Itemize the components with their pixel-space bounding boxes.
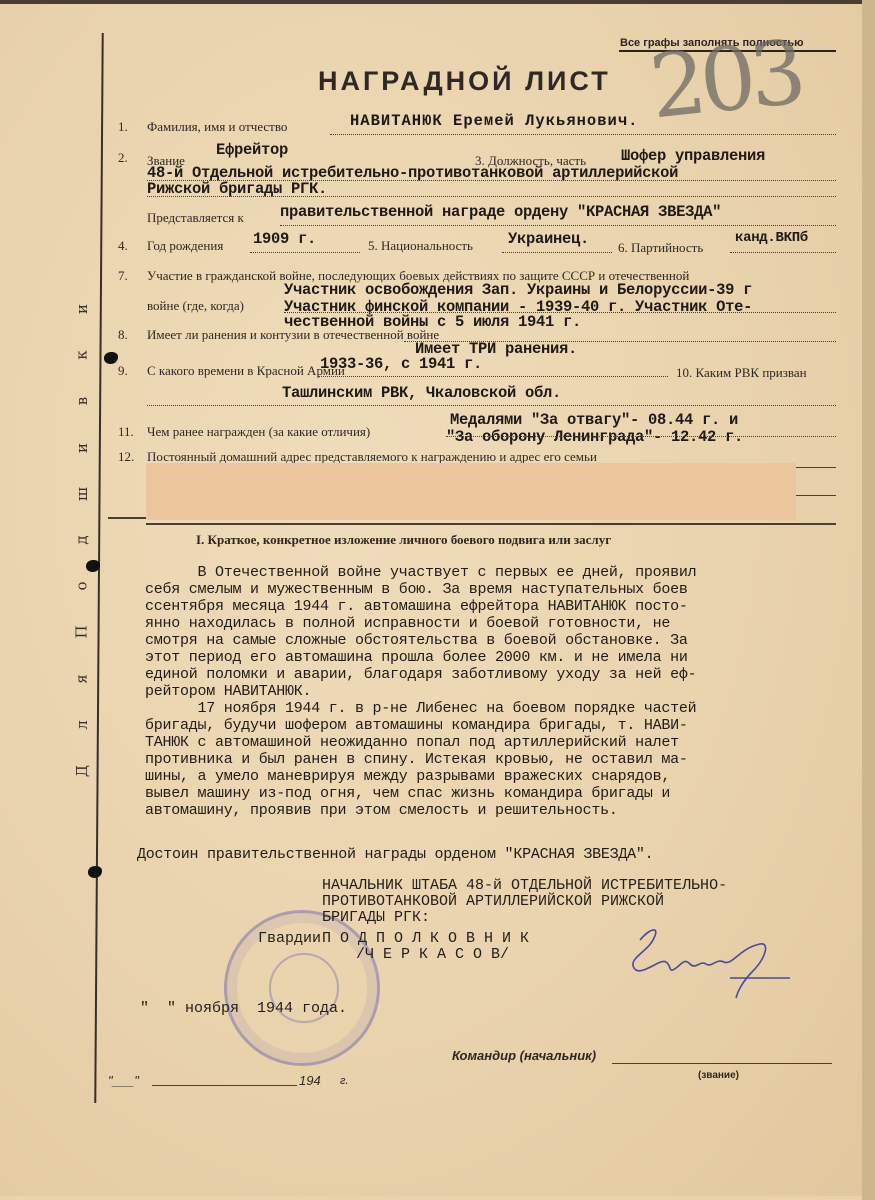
narrative-line: В Отечественной войне участвует с первых… — [145, 564, 696, 581]
field-6-line — [730, 252, 836, 253]
margin-letter: в — [73, 397, 91, 405]
field-2-number: 2. — [118, 150, 128, 166]
field-1-value: НАВИТАНЮК Еремей Лукьянович. — [350, 112, 638, 130]
presented-line — [280, 225, 836, 226]
field-5-line — [502, 252, 612, 253]
field-6-value: канд.ВКПб — [735, 230, 808, 246]
narrative-line: янно находилась в полной исправности и б… — [145, 615, 696, 632]
position-line: НАЧАЛЬНИК ШТАБА 48-й ОТДЕЛЬНОЙ ИСТРЕБИТЕ… — [322, 878, 727, 894]
field-4-value: 1909 г. — [253, 230, 316, 248]
date-template-line — [152, 1085, 297, 1086]
narrative-text: В Отечественной войне участвует с первых… — [145, 564, 696, 819]
field-9-number: 9. — [118, 363, 128, 379]
margin-letter: ш — [73, 487, 91, 501]
narrative-line: рейтором НАВИТАНЮК. — [145, 683, 696, 700]
binding-margin-label: Д л я П о д ш и в к и — [62, 300, 102, 780]
field-9-line — [318, 376, 668, 377]
narrative-line: ссентября месяца 1944 г. автомашина ефре… — [145, 598, 696, 615]
divider — [108, 517, 146, 519]
field-10-value: Ташлинским РВК, Чкаловской обл. — [282, 384, 561, 402]
field-9-label: С какого времени в Красной Армии — [147, 363, 345, 379]
narrative-line: автомашину, проявив при этом смелость и … — [145, 802, 696, 819]
signature-date: " " ноября 1944 года. — [140, 1001, 347, 1017]
signatory-rank-prefix: Гвардии — [258, 931, 321, 947]
narrative-line: этот период его автомашина прошла более … — [145, 649, 696, 666]
page-right-edge — [862, 0, 875, 1200]
field-8-number: 8. — [118, 327, 128, 343]
field-12-line — [796, 495, 836, 496]
field-1-label: Фамилия, имя и отчество — [147, 119, 287, 135]
field-3-line — [147, 196, 836, 197]
signatory-rank: П О Д П О Л К О В Н И К — [322, 931, 529, 947]
date-template-suffix: г. — [340, 1075, 348, 1087]
field-11-label: Чем ранее награжден (за какие отличия) — [147, 424, 370, 440]
handwritten-number: 203 — [645, 20, 805, 138]
rank-caption: (звание) — [698, 1070, 739, 1081]
field-7-value-line1: Участник освобождения Зап. Украины и Бел… — [284, 281, 752, 299]
field-5-value: Украинец. — [508, 230, 589, 248]
field-10-label: 10. Каким РВК призван — [676, 365, 807, 381]
field-7-number: 7. — [118, 268, 128, 284]
field-2-value: Ефрейтор — [216, 141, 288, 159]
margin-letter: и — [73, 443, 91, 453]
signatory-name: /Ч Е Р К А С О В/ — [356, 947, 509, 963]
field-3-value-line1: Шофер управления — [621, 147, 765, 165]
margin-letter: к — [73, 351, 91, 360]
margin-letter: л — [73, 720, 91, 730]
presented-label: Представляется к — [147, 210, 244, 226]
narrative-line: ТАНЮК с автомашиной неожиданно попал под… — [145, 734, 696, 751]
field-11-value-line1: Медалями "За отвагу"- 08.44 г. и — [450, 411, 738, 429]
margin-letter: о — [73, 582, 91, 591]
section-divider — [146, 523, 836, 525]
commander-line — [612, 1063, 832, 1064]
commander-label: Командир (начальник) — [452, 1048, 596, 1063]
field-4-number: 4. — [118, 238, 128, 254]
field-11-line — [446, 436, 836, 437]
field-9-value: 1933-36, с 1941 г. — [320, 355, 482, 373]
field-4-label: Год рождения — [147, 238, 223, 254]
margin-letter: П — [73, 626, 91, 639]
page-top-edge — [0, 0, 875, 4]
position-line: ПРОТИВОТАНКОВОЙ АРТИЛЛЕРИЙСКОЙ РИЖСКОЙ — [322, 894, 727, 910]
margin-letter: д — [73, 535, 91, 544]
field-5-label: 5. Национальность — [368, 238, 473, 254]
narrative-line: вывел машину из-под огня, чем спас жизнь… — [145, 785, 696, 802]
narrative-line: себя смелым и мужественным в бою. За вре… — [145, 581, 696, 598]
field-1-line — [330, 134, 836, 135]
date-template-quote: "___" — [108, 1073, 139, 1088]
date-template-year: 194 — [299, 1073, 321, 1088]
field-11-number: 11. — [118, 424, 134, 440]
handwritten-signature — [620, 918, 810, 1008]
page-title: НАГРАДНОЙ ЛИСТ — [318, 66, 611, 97]
recommendation-text: Достоин правительственной награды ордено… — [137, 846, 653, 863]
narrative-line: шины, а умело маневрируя между разрывами… — [145, 768, 696, 785]
field-8-label: Имеет ли ранения и контузии в отечествен… — [147, 327, 439, 343]
field-4-line — [250, 252, 360, 253]
narrative-line: смотря на самые сложные обстоятельства в… — [145, 632, 696, 649]
margin-letter: Д — [73, 765, 91, 777]
narrative-line: 17 ноября 1944 г. в р-не Либенес на боев… — [145, 700, 696, 717]
narrative-line: противника и был ранен в спину. Истекая … — [145, 751, 696, 768]
field-12-number: 12. — [118, 449, 134, 465]
presented-value: правительственной награде ордену "КРАСНА… — [280, 203, 721, 221]
field-6-label: 6. Партийность — [618, 240, 703, 256]
narrative-line: единой поломки и аварии, благодаря забот… — [145, 666, 696, 683]
margin-letter: я — [73, 674, 91, 683]
field-12-line — [796, 467, 836, 468]
section-heading: I. Краткое, конкретное изложение личного… — [196, 532, 611, 548]
field-10-line — [147, 405, 836, 406]
field-7-label-line2: войне (где, когда) — [147, 298, 244, 314]
redacted-address — [146, 463, 796, 520]
margin-letter: и — [73, 304, 91, 314]
narrative-line: бригады, будучи шофером автомашины коман… — [145, 717, 696, 734]
field-1-number: 1. — [118, 119, 128, 135]
field-11-value-line2: "За оборону Ленинграда"- 12.42 г. — [446, 428, 743, 446]
